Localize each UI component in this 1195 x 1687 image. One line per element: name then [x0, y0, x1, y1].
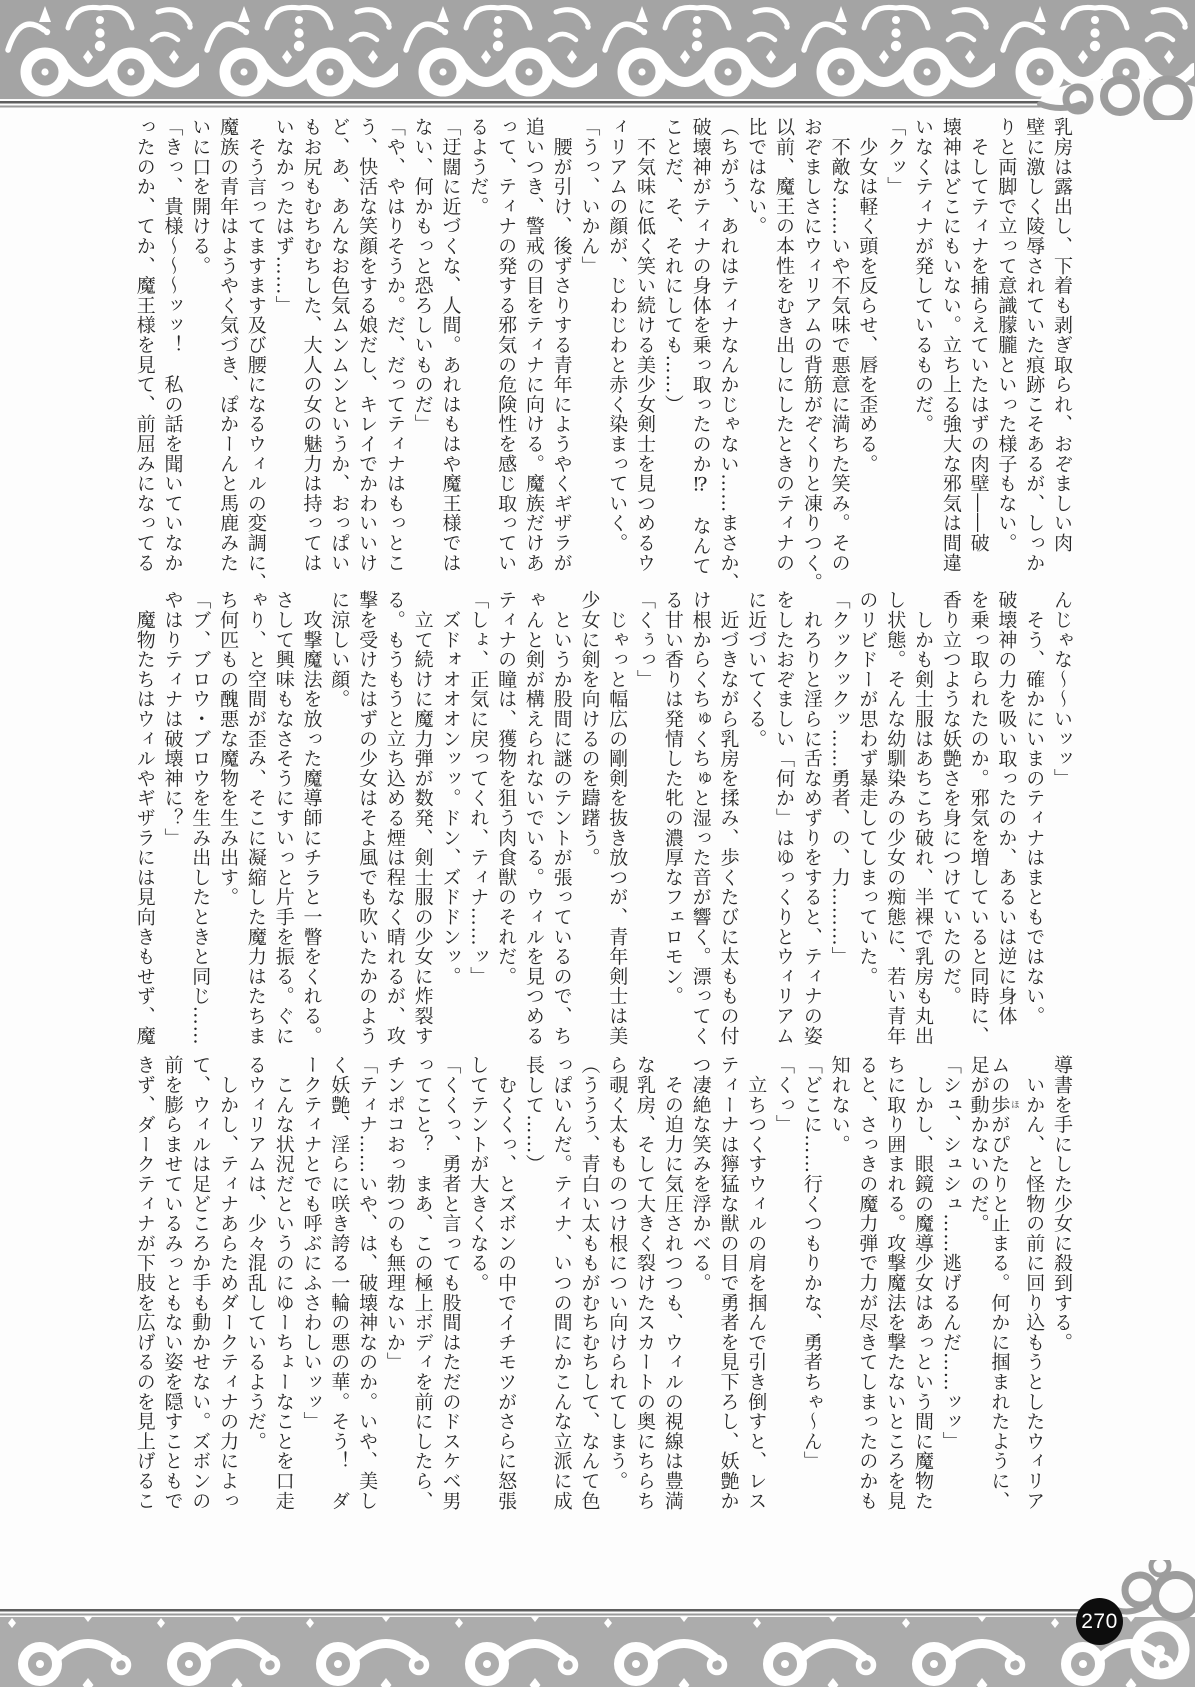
text-column: さして興味もなさそうにすいっと片手を振る。ぐに	[269, 590, 297, 1056]
text-column: 「や、やはりそうか。だ、だってティナはもっとこ	[380, 117, 408, 583]
text-column: 「くぅっ」	[630, 590, 658, 1056]
text-column: 腰が引け、後ずさりする青年にようやくギザラが	[547, 117, 575, 583]
text-column: ど、あ、あんなお色気ムンムンというか、おっぱい	[324, 117, 352, 583]
text-column: （ちがう、あれはティナなんかじゃない……まさか、	[714, 117, 742, 583]
text-column: 「ブ、ブロウ・ブロウを生み出したときと同じ……	[186, 590, 214, 1056]
text-column: っぽいんだ。ティナ、いつの間にかこんな立派に成	[547, 1055, 575, 1521]
bottom-ornament-border	[0, 1560, 1195, 1687]
text-column: ってこと？ まあ、この極上ボディを前にしたら、	[408, 1055, 436, 1521]
text-column: いなくティナが発しているものだ。	[908, 117, 936, 583]
text-column: ティーナは獰猛な獣の目で勇者を見下ろし、妖艶か	[714, 1055, 742, 1521]
text-column: 近づきながら乳房を揉み、歩くたびに太ももの付	[714, 590, 742, 1056]
text-column: 長して……）	[519, 1055, 547, 1521]
text-column: んじゃな〜〜いッッ」	[1047, 590, 1075, 1056]
text-column: 不気味に低く笑い続ける美少女剣士を見つめるウ	[630, 117, 658, 583]
text-column: 「ティナ……いや、は、破壊神なのか。いや、美し	[352, 1055, 380, 1521]
top-ornament-border	[0, 0, 1195, 120]
text-column: を乗っ取られたのか。邪気を増していると同時に、	[964, 590, 992, 1056]
text-column: ィリアムの顔が、じわじわと赤く染まっていく。	[602, 117, 630, 583]
text-column: 追いつき、警戒の目をティナに向ける。魔族だけあ	[519, 117, 547, 583]
text-column: け根からくちゅくちゅと湿った音が響く。漂ってく	[686, 590, 714, 1056]
text-column: 「クックックッ……勇者、の、力………」	[825, 590, 853, 1056]
text-column: って、ティナの発する邪気の危険性を感じ取ってい	[491, 117, 519, 583]
text-column: そしてティナを捕らえていたはずの肉壁――破	[964, 117, 992, 583]
text-column: ち何匹もの醜悪な魔物を生み出す。	[213, 590, 241, 1056]
text-column: いかん、と怪物の前に回り込もうとしたウィリア	[1019, 1055, 1047, 1521]
text-column: ったのか、てか、魔王様を見て、前屈みになってる	[130, 117, 158, 583]
text-column: 攻撃魔法を放った魔導師にチラと一瞥をくれる。	[297, 590, 325, 1056]
text-column: ちに取り囲まれる。攻撃魔法を撃たないところを見	[880, 1055, 908, 1521]
text-column: いに口を開ける。	[186, 117, 214, 583]
text-column: ない、何かもっと恐ろしいものだ」	[408, 117, 436, 583]
text-column: 知れない。	[825, 1055, 853, 1521]
text-column: るようだ。	[463, 117, 491, 583]
text-column: う、快活な笑顔をする娘だし、キレイでかわいいけ	[352, 117, 380, 583]
text-column: ら覗く太もものつけ根につい向けられてしまう。	[602, 1055, 630, 1521]
text-column: 「しょ、正気に戻ってくれ、ティナ……ッ」	[463, 590, 491, 1056]
text-column: 以前、魔王の本性をむき出しにしたときのティナの	[769, 117, 797, 583]
text-column: 少女は軽く頭を反らせ、唇を歪める。	[853, 117, 881, 583]
text-column: じゃっと幅広の剛剣を抜き放つが、青年剣士は美	[602, 590, 630, 1056]
text-column: りと両脚で立って意識朦朧といった様子もない。	[992, 117, 1020, 583]
text-column: 破壊神がティナの身体を乗っ取ったのか⁉ なんて	[686, 117, 714, 583]
text-column: 壁に激しく陵辱されていた痕跡こそあるが、しっか	[1019, 117, 1047, 583]
text-column: 「クッ」	[880, 117, 908, 583]
text-column: て、ウィルは足どころか手も動かせない。ズボンの	[186, 1055, 214, 1521]
text-column: 「どこに……行くつもりかな、勇者ちゃ〜ん」	[797, 1055, 825, 1521]
text-column: ゃり、と空間が歪み、そこに凝縮した魔力はたちま	[241, 590, 269, 1056]
text-column: 「くくっ、勇者と言っても股間はただのドスケベ男	[436, 1055, 464, 1521]
text-column: る。もうもうと立ち込める煙は程なく晴れるが、攻	[380, 590, 408, 1056]
text-column: 魔族の青年はようやく気づき、ぽかーんと馬鹿みた	[213, 117, 241, 583]
text-column: もお尻もむちむちした、大人の女の魅力は持っては	[297, 117, 325, 583]
text-column: そう、確かにいまのティナはまともではない。	[1019, 590, 1047, 1056]
text-column: そう言ってますます及び腰になるウィルの変調に、	[241, 117, 269, 583]
text-column: いなかったはず……」	[269, 117, 297, 583]
text-column: ゃんと剣が構えられないでいる。ウィルを見つめる	[519, 590, 547, 1056]
text-column: こんな状況だというのにゆーちょーなことを口走	[269, 1055, 297, 1521]
text-column: 立て続けに魔力弾が数発、剣士服の少女に炸裂す	[408, 590, 436, 1056]
text-column: 撃を受けたはずの少女はそよ風でも吹いたかのよう	[352, 590, 380, 1056]
text-column: きず、ダークティナが下肢を広げるのを見上げるこ	[130, 1055, 158, 1521]
text-column: 導書を手にした少女に殺到する。	[1047, 1055, 1075, 1521]
text-column: しかし、ティナあらためダークティナの力によっ	[213, 1055, 241, 1521]
text-column: その迫力に気圧されつつも、ウィルの視線は豊満	[658, 1055, 686, 1521]
text-column: ークティナとでも呼ぶにふさわしいッッ」	[297, 1055, 325, 1521]
text-column: しかも剣士服はあちこち破れ、半裸で乳房も丸出	[908, 590, 936, 1056]
text-column: というか股間に謎のテントが張っているので、ち	[547, 590, 575, 1056]
text-column: しかし、眼鏡の魔導少女はあっという間に魔物た	[908, 1055, 936, 1521]
text-column: に近づいてくる。	[741, 590, 769, 1056]
text-column: ると、さっきの魔力弾で力が尽きてしまったのかも	[853, 1055, 881, 1521]
text-column: く妖艶、淫らに咲き誇る一輪の悪の華。そう！ ダ	[324, 1055, 352, 1521]
text-column: 魔物たちはウィルやギザラには見向きもせず、魔	[130, 590, 158, 1056]
text-column: チンポコおっ勃つのも無理ないか」	[380, 1055, 408, 1521]
text-column: る甘い香りは発情した牝の濃厚なフェロモン。	[658, 590, 686, 1056]
text-column: 立ちつくすウィルの肩を掴んで引き倒すと、レス	[741, 1055, 769, 1521]
text-column: れろりと淫らに舌なめずりをすると、ティナの姿	[797, 590, 825, 1056]
text-column: むくくっ、とズボンの中でイチモツがさらに怒張	[491, 1055, 519, 1521]
text-column: 「きっ、貴様〜〜〜ッッ！ 私の話を聞いていなか	[158, 117, 186, 583]
text-column: 前を膨らませているみっともない姿を隠すこともで	[158, 1055, 186, 1521]
text-column: に涼しい顔。	[324, 590, 352, 1056]
text-column: つ凄絶な笑みを浮かべる。	[686, 1055, 714, 1521]
book-page: 乳房は露出し、下着も剥ぎ取られ、おぞましい肉壁に激しく陵辱されていた痕跡こそある…	[0, 0, 1195, 1687]
text-column: 乳房は露出し、下着も剥ぎ取られ、おぞましい肉	[1047, 117, 1075, 583]
page-number: 270	[1081, 1610, 1118, 1634]
text-column: （ううう、青白い太ももがむちむちして、なんて色	[575, 1055, 603, 1521]
text-column: 壊神はどこにもいない。立ち上る強大な邪気は間違	[936, 117, 964, 583]
text-column: 「うっ、いかん」	[575, 117, 603, 583]
text-column: やはりティナは破壊神に？」	[158, 590, 186, 1056]
text-column: おぞましさにウィリアムの背筋がぞくりと凍りつく。	[797, 117, 825, 583]
text-column: ムの歩ほがぴたりと止まる。何かに掴まれたように、	[992, 1055, 1020, 1521]
text-column: をしたおぞましい「何か」はゆっくりとウィリアム	[769, 590, 797, 1056]
text-band-bottom: 導書を手にした少女に殺到する。 いかん、と怪物の前に回り込もうとしたウィリアムの…	[128, 1055, 1075, 1521]
text-column: な乳房、そして大きく裂けたスカートの奥にちらち	[630, 1055, 658, 1521]
text-column: 「迂闊に近づくな、人間。あれはもはや魔王様では	[436, 117, 464, 583]
text-band-top: 乳房は露出し、下着も剥ぎ取られ、おぞましい肉壁に激しく陵辱されていた痕跡こそある…	[128, 117, 1075, 583]
text-band-middle: んじゃな〜〜いッッ」 そう、確かにいまのティナはまともではない。破壊神の力を吸い…	[128, 590, 1075, 1056]
text-column: 破壊神の力を吸い取ったのか、あるいは逆に身体	[992, 590, 1020, 1056]
text-column: 不敵な……いや不気味で悪意に満ちた笑み。その	[825, 117, 853, 583]
text-column: ティナの瞳は、獲物を狙う肉食獣のそれだ。	[491, 590, 519, 1056]
text-column: 比ではない。	[741, 117, 769, 583]
text-column: 少女に剣を向けるのを躊躇う。	[575, 590, 603, 1056]
text-column: るウィリアムは、少々混乱しているようだ。	[241, 1055, 269, 1521]
text-column: し状態。そんな幼馴染みの少女の痴態に、若い青年	[880, 590, 908, 1056]
text-column: ズドォオオオンッッ。ドン、ズドドンッ。	[436, 590, 464, 1056]
text-column: してテントが大きくなる。	[463, 1055, 491, 1521]
text-column: ことだ、そ、それにしても……）	[658, 117, 686, 583]
text-column: のリビドーが思わず暴走してしまっていた。	[853, 590, 881, 1056]
text-column: 「シュ、シュシュ……逃げるんだ……ッッ」	[936, 1055, 964, 1521]
text-column: 「くっ」	[769, 1055, 797, 1521]
text-column: 香り立つような妖艶さを身につけていたのだ。	[936, 590, 964, 1056]
page-number-badge: 270	[1076, 1598, 1123, 1645]
